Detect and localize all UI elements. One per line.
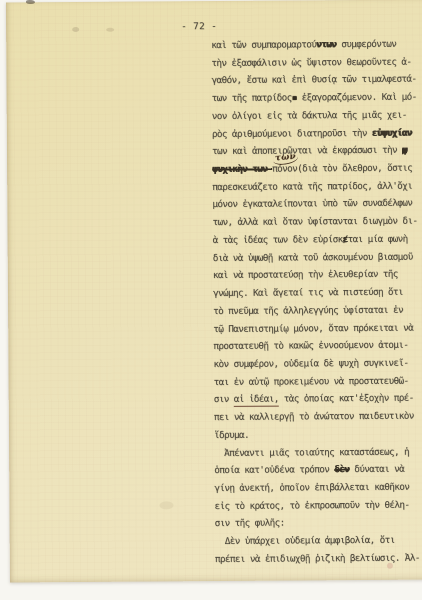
typed-line: μόνον ἐγκαταλείπονται ὑπὸ τῶν συναδέλφων <box>212 195 422 214</box>
text-segment: τῷ Πανεπιστημίῳ μόνον, ὅταν πρόκειται νὰ <box>213 322 413 334</box>
smudge-mark <box>159 501 173 509</box>
text-segment: μόνον ἐγκαταλείπονται ὑπὸ τῶν συναδέλφων <box>212 198 412 210</box>
text-segment: δὲν <box>334 464 349 475</box>
typed-line: καὶ τῶν συμπαρομαρτούντων συμφερόντων <box>211 36 422 55</box>
typed-line: γίνῃ ἀνεκτή, ὁποῖον ἐπιβάλλεται καθῆκον <box>214 479 422 498</box>
typed-lines: καὶ τῶν συμπαρομαρτούντων συμφερόντωντὴν… <box>211 36 422 569</box>
smudge-mark <box>387 563 393 569</box>
text-segment: ντων <box>316 39 336 50</box>
text-segment: τὰς ὁποίας κατ'ἐξοχὴν πρέ- <box>279 393 414 405</box>
text-segment: Ἀπέναντι μιᾶς τοιαύτης καταστάσεως, ἡ <box>214 446 409 458</box>
text-segment: καὶ νὰ προστατεύσῃ τὴν ἐλευθερίαν τῆς <box>213 269 398 281</box>
typed-line: σιν αἱ ἰδέαι, τὰς ὁποίας κατ'ἐξοχὴν πρέ- <box>214 390 422 409</box>
typed-line: διὰ νὰ ὑψωθῇ κατὰ τοῦ ἀσκουμένου βιασμοῦ <box>213 248 422 267</box>
text-segment: κὸν συμφέρον, οὐδεμία δὲ ψυχὴ συγκινεῖ- <box>213 358 408 370</box>
text-segment: παρεσκευάζετο κατὰ τῆς πατρίδος, ἀλλ'ὄχι <box>212 180 412 192</box>
scanned-page-background: { "page": { "number_label": "- 72 -" }, … <box>0 0 422 600</box>
text-segment: ὁποία κατ'οὐδένα τρόπον <box>214 464 334 476</box>
typed-line: Ἀπέναντι μιᾶς τοιαύτης καταστάσεως, ἡ <box>214 443 422 462</box>
typed-line: πει νὰ καλλιεργῇ τὸ ἀνώτατον παιδευτικὸν <box>214 408 422 427</box>
text-segment: των τῆς πατρίδος <box>212 93 292 105</box>
text-segment: νον ὀλίγοι εἰς τὰ δάκτυλα τῆς μιᾶς χει- <box>212 110 407 122</box>
text-segment: τὴν ἐξασφάλισιν ὡς ὕψιστον θεωροῦντες ἀ- <box>211 56 411 68</box>
page-number: - 72 - <box>181 21 217 32</box>
typed-line: εἰς τὸ κράτος, τὸ ἐκπροσωποῦν τὴν θέλη- <box>214 496 422 515</box>
text-segment: ται μία φωνὴ <box>348 234 408 245</box>
typed-line: τὸ πνεῦμα τῆς ἀλληλεγγύης ὑφίσταται ἐν <box>213 301 422 320</box>
scan-edge-mark <box>26 0 35 4</box>
text-segment: ψυχικὴν των <box>212 164 272 175</box>
text-segment: καὶ τῶν συμπαρομαρτού <box>211 39 316 51</box>
text-segment: διὰ νὰ ὑψωθῇ κατὰ τοῦ ἀσκουμένου βιασμοῦ <box>213 251 413 263</box>
text-segment: των, ἀλλὰ καὶ ὅταν ὑφίστανται διωγμὸν δι… <box>212 216 417 228</box>
text-segment: σιν τῆς φυλῆς: <box>215 518 285 529</box>
typed-line: γνώμης. Καὶ ἄγεταί τις νὰ πιστεύσῃ ὅτι <box>213 284 422 303</box>
text-segment: συμφερόντων <box>336 39 396 50</box>
text-segment: δύναται νὰ <box>349 464 404 475</box>
typed-line: κὸν συμφέρον, οὐδεμία δὲ ψυχὴ συγκινεῖ- <box>213 354 422 373</box>
text-segment: ται ἐν αὐτῷ προκειμένου νὰ προστατευθῶ- <box>214 375 409 387</box>
text-segment: εἰς τὸ κράτος, τὸ ἐκπροσωποῦν τὴν θέλη- <box>214 499 409 511</box>
typed-line: τῷ Πανεπιστημίῳ μόνον, ὅταν πρόκειται νὰ <box>213 319 422 338</box>
typed-line: Δὲν ὑπάρχει οὐδεμία ἀμφιβολία, ὅτι <box>215 532 422 551</box>
text-segment: ὰ τὰς ἰδέας των δὲν εὑρίσκ <box>213 234 343 246</box>
text-segment: ψ <box>402 142 407 160</box>
typed-line: νον ὀλίγοι εἰς τὰ δάκτυλα τῆς μιᾶς χει- <box>212 106 422 125</box>
typed-line: τὴν ἐξασφάλισιν ὡς ὕψιστον θεωροῦντες ἀ- <box>211 53 422 72</box>
text-segment: σιν <box>214 394 234 405</box>
typed-line: ψυχικὴν των πόνον(διὰ τὸν ὄλεθρον, ὅστις <box>212 160 422 179</box>
typed-line: ὰ τὰς ἰδέας των δὲν εὑρίσκε/ται μία φωνὴ <box>213 230 422 249</box>
typed-line: καὶ νὰ προστατεύσῃ τὴν ἐλευθερίαν τῆς <box>213 266 422 285</box>
typed-line: ὁποία κατ'οὐδένα τρόπον δὲν δύναται νὰ <box>214 461 422 480</box>
text-segment: αἱ ἰδέαι, <box>234 394 279 407</box>
text-segment: ἐξαγοραζόμενον. Καὶ μό- <box>297 92 417 104</box>
text-segment: τὸ πνεῦμα τῆς ἀλληλεγγύης ὑφίσταται ἐν <box>213 304 403 316</box>
typed-line: ἵδρυμα. <box>214 425 422 444</box>
text-segment: προστατευθῇ τὸ κακῶς ἐννοούμενον ἀτομι- <box>213 340 408 352</box>
typed-line: των καὶ ἀποπειρῶνται νὰ ἐκφράσωσι τὴν ψ <box>212 142 422 161</box>
typed-line: προστατευθῇ τὸ κακῶς ἐννοούμενον ἀτομι- <box>213 337 422 356</box>
typed-line: ρὸς ἀριθμούμενοι διατηροῦσι τὴν εὐψυχίαν <box>212 124 422 143</box>
text-segment: γαθόν, ἔστω καὶ ἐπὶ θυσίᾳ τῶν τιμαλφεστά… <box>211 74 416 86</box>
text-segment: εὐψυχίαν <box>372 127 412 138</box>
text-segment: ρὸς ἀριθμούμενοι διατηροῦσι τὴν <box>212 128 372 140</box>
text-segment: πόνον <box>272 163 297 174</box>
text-segment: πει νὰ καλλιεργῇ τὸ ἀνώτατον παιδευτικὸν <box>214 411 414 423</box>
text-segment: γνώμης. Καὶ ἄγεταί τις νὰ πιστεύσῃ ὅτι <box>213 287 403 299</box>
typed-line: σιν τῆς φυλῆς: <box>215 514 422 533</box>
text-segment: γίνῃ ἀνεκτή, ὁποῖον ἐπιβάλλεται καθῆκον <box>214 482 409 494</box>
smudge-mark <box>72 27 79 32</box>
smudge-mark <box>106 28 114 32</box>
typed-line: παρεσκευάζετο κατὰ τῆς πατρίδος, ἀλλ'ὄχι <box>212 177 422 196</box>
typed-line: των τῆς πατρίδος▪ ἐξαγοραζόμενον. Καὶ μό… <box>212 89 422 108</box>
typed-line: των, ἀλλὰ καὶ ὅταν ὑφίστανται διωγμὸν δι… <box>212 213 422 232</box>
text-segment: Δὲν ὑπάρχει οὐδεμία ἀμφιβολία, ὅτι <box>215 535 395 547</box>
typewritten-page: - 72 - καὶ τῶν συμπαρομαρτούντων συμφερό… <box>6 0 422 582</box>
text-segment: ἵδρυμα. <box>214 430 249 441</box>
text-segment: διὰ τὸν ὄλεθρον, ὅστις <box>302 163 412 175</box>
text-segment: των καὶ ἀποπειρῶνται νὰ ἐκφράσωσι τὴν <box>212 145 402 157</box>
typed-line: γαθόν, ἔστω καὶ ἐπὶ θυσίᾳ τῶν τιμαλφεστά… <box>211 71 422 90</box>
typed-line: ται ἐν αὐτῷ προκειμένου νὰ προστατευθῶ- <box>214 372 422 391</box>
